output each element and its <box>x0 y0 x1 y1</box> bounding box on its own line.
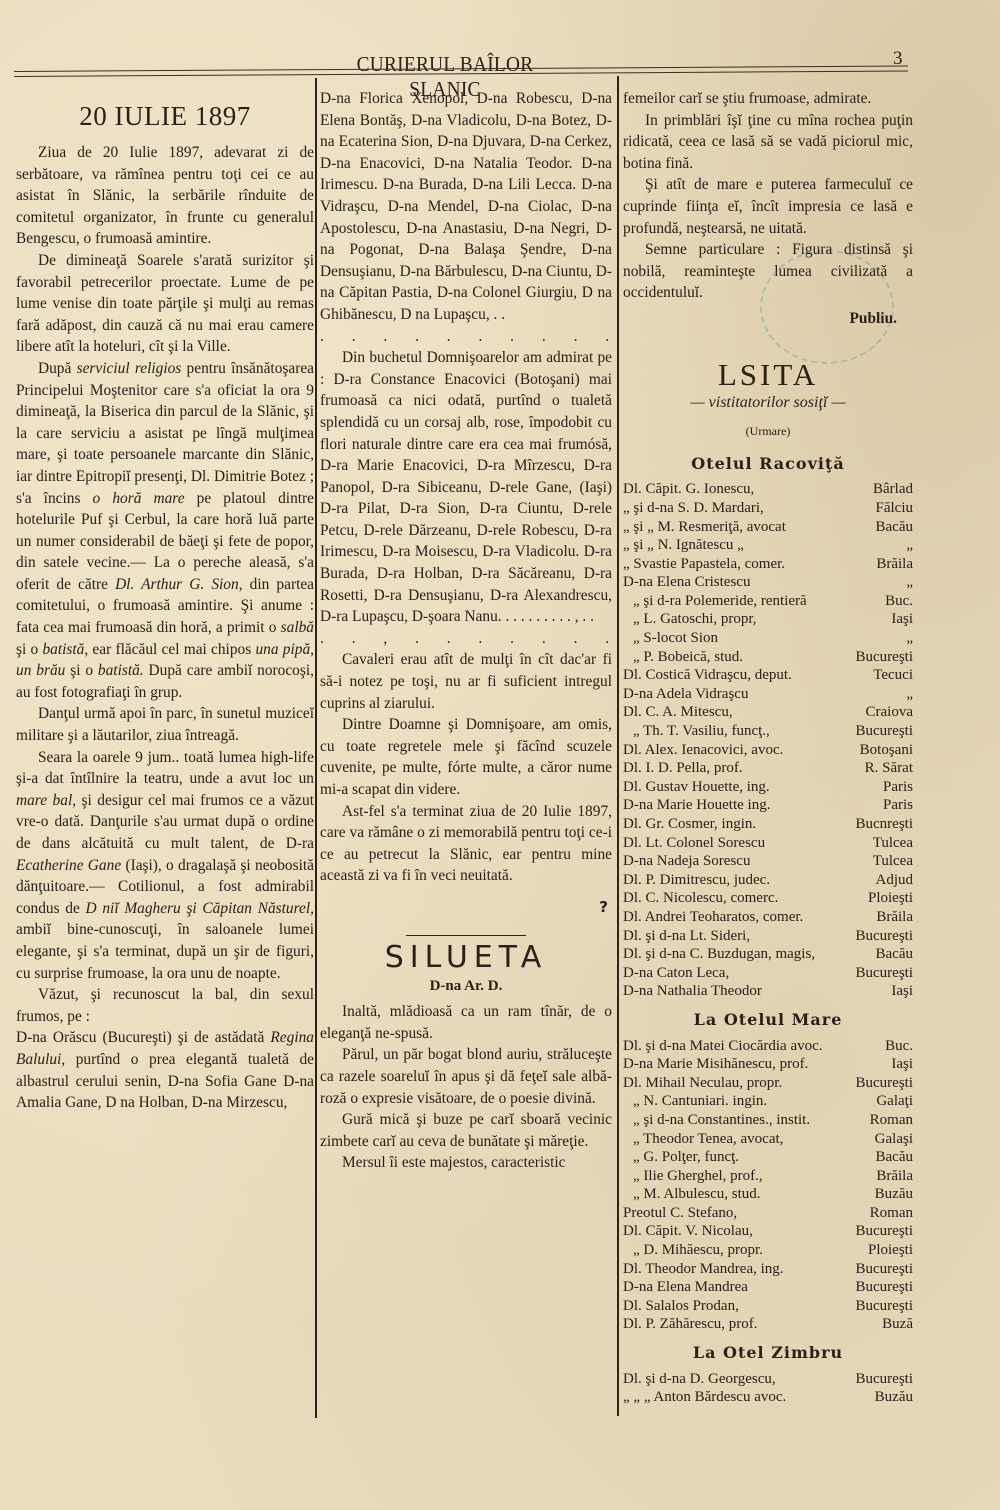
section-heading: SILUETA <box>320 940 612 976</box>
guest-row: „ şi „ M. Resmeriţă, avocatBacău <box>623 518 913 537</box>
guest-row: Dl. Gustav Houette, ing.Paris <box>623 778 913 797</box>
guest-name: „ şi d-ra Polemeride, rentieră <box>623 592 807 611</box>
paragraph: Mersul îi este majestos, caracteristic <box>320 1152 612 1174</box>
paragraph: Ast-fel s'a terminat ziua de 20 Iulie 18… <box>320 801 612 887</box>
guest-name: Dl. C. A. Mitescu, <box>623 703 733 722</box>
guest-city: Fălciu <box>870 499 914 518</box>
guest-name: D-na Marie Misihănescu, prof. <box>623 1055 808 1074</box>
guest-name: Dl. Lt. Colonel Sorescu <box>623 834 765 853</box>
paragraph: Văzut, şi recunoscut la bal, din sexul f… <box>16 984 314 1027</box>
guest-city: Bucnreşti <box>850 815 914 834</box>
guest-name: „ N. Cantuniari. ingin. <box>623 1092 767 1111</box>
guest-city: Brăila <box>870 908 913 927</box>
guest-city: Tulcea <box>867 852 913 871</box>
paragraph: D-na Orăscu (Bucureşti) şi de astădată R… <box>16 1027 314 1113</box>
guest-name: „ Ilie Gherghel, prof., <box>623 1167 763 1186</box>
guest-city: Bacău <box>870 945 913 964</box>
guest-row: Dl. Salalos Prodan,Bucureşti <box>623 1297 913 1316</box>
guest-name: Dl. P. Zăhărescu, prof. <box>623 1315 758 1334</box>
guest-name: „ şi „ M. Resmeriţă, avocat <box>623 518 786 537</box>
guest-row: „ şi d-ra Polemeride, rentierăBuc. <box>623 592 913 611</box>
guest-row: „ S-locot Sion„ <box>623 629 913 648</box>
guest-row: D-na Nathalia TheodorIaşi <box>623 982 913 1001</box>
guest-name: D-na Elena Cristescu <box>623 573 750 592</box>
guest-city: Bucureşti <box>850 927 914 946</box>
guest-city: Bucureşti <box>850 648 914 667</box>
column-divider <box>617 76 619 1416</box>
guest-row: Dl. Theodor Mandrea, ing.Bucureşti <box>623 1260 913 1279</box>
column-2: D-na Florica Xenopol, D-na Robescu, D-na… <box>320 88 612 1174</box>
guest-row: D-na Elena MandreaBucureşti <box>623 1278 913 1297</box>
guest-row: „ M. Albulescu, stud.Buzău <box>623 1185 913 1204</box>
guest-name: „ S-locot Sion <box>623 629 718 648</box>
guest-name: Dl. Căpit. G. Ionescu, <box>623 480 754 499</box>
guest-city: Adjud <box>870 871 914 890</box>
paragraph: femeilor carĭ se ştiu frumoase, admirate… <box>623 88 913 110</box>
guest-city: Tecuci <box>867 666 913 685</box>
guest-name: „ Th. T. Vasiliu, funcţ., <box>623 722 770 741</box>
column-divider <box>315 78 317 1418</box>
guest-city: Iaşi <box>885 610 913 629</box>
guest-city: Tulcea <box>867 834 913 853</box>
guest-name: Dl. C. Nicolescu, comerc. <box>623 889 778 908</box>
guest-name: D-na Nathalia Theodor <box>623 982 762 1001</box>
guest-city: Ploieşti <box>862 1241 913 1260</box>
guest-row: „ Ilie Gherghel, prof.,Brăila <box>623 1167 913 1186</box>
hotel-heading: Otelul Racoviţă <box>623 453 913 475</box>
guest-list: Otelul RacoviţăDl. Căpit. G. Ionescu,Bâr… <box>623 453 913 1407</box>
paragraph: Danţul urmă apoi în parc, în sunetul muz… <box>16 703 314 746</box>
ellipsis-row: . . , . . . . . . . . . . . <box>320 628 612 650</box>
guest-name: „ şi „ N. Ignătescu „ <box>623 536 744 555</box>
guest-row: „ şi d-na S. D. Mardari,Fălciu <box>623 499 913 518</box>
guest-city: Iaşi <box>885 982 913 1001</box>
paragraph: Gură mică şi buze pe carĭ sboară vecinic… <box>320 1109 612 1152</box>
paragraph: D-na Florica Xenopol, D-na Robescu, D-na… <box>320 88 612 326</box>
guest-row: Dl. Andrei Teoharatos, comer.Brăila <box>623 908 913 927</box>
guest-name: „ L. Gatoschi, propr, <box>623 610 757 629</box>
guest-row: Dl. Costică Vidraşcu, deput.Tecuci <box>623 666 913 685</box>
guest-name: „ M. Albulescu, stud. <box>623 1185 761 1204</box>
guest-city: Roman <box>864 1204 913 1223</box>
guest-row: Dl. Alex. Ienacovici, avoc.Botoşani <box>623 741 913 760</box>
guest-city: Paris <box>877 796 913 815</box>
guest-city: Galaşi <box>869 1130 913 1149</box>
guest-row: „ şi „ N. Ignătescu „„ <box>623 536 913 555</box>
guest-row: „ G. Polţer, funcţ.Bacău <box>623 1148 913 1167</box>
guest-row: Preotul C. Stefano,Roman <box>623 1204 913 1223</box>
guest-name: Dl. şi d-na Matei Ciocărdia avoc. <box>623 1037 823 1056</box>
guest-name: Dl. Gustav Houette, ing. <box>623 778 770 797</box>
guest-row: Dl. Gr. Cosmer, ingin.Bucnreşti <box>623 815 913 834</box>
guest-row: Dl. Căpit. V. Nicolau,Bucureşti <box>623 1222 913 1241</box>
guest-city: Bucureşti <box>850 1297 914 1316</box>
guest-row: Dl. I. D. Pella, prof.R. Sărat <box>623 759 913 778</box>
guest-name: Preotul C. Stefano, <box>623 1204 737 1223</box>
guest-city: Botoşani <box>854 741 913 760</box>
guest-row: D-na Adela Vidraşcu„ <box>623 685 913 704</box>
hotel-heading: La Otelul Mare <box>623 1009 913 1031</box>
guest-row: Dl. P. Dimitrescu, judec.Adjud <box>623 871 913 890</box>
guest-row: Dl. Mihail Neculau, propr.Bucureşti <box>623 1074 913 1093</box>
section-heading: LSITA <box>623 358 913 392</box>
section-rule <box>406 935 526 936</box>
paragraph: De dimineaţă Soarele s'arată surizitor ş… <box>16 250 314 358</box>
hotel-heading: La Otel Zimbru <box>623 1342 913 1364</box>
guest-name: „ Svastie Papastela, comer. <box>623 555 785 574</box>
guest-name: Dl. P. Dimitrescu, judec. <box>623 871 770 890</box>
column-3: femeilor carĭ se ştiu frumoase, admirate… <box>623 88 913 1407</box>
guest-name: Dl. Costică Vidraşcu, deput. <box>623 666 792 685</box>
paragraph: După serviciul religios pentru însănătoş… <box>16 358 314 704</box>
guest-city: „ <box>900 536 913 555</box>
guest-row: „ D. Mihăescu, propr.Ploieşti <box>623 1241 913 1260</box>
guest-name: „ D. Mihăescu, propr. <box>623 1241 763 1260</box>
guest-city: Bucureşti <box>850 964 914 983</box>
ellipsis-row: . . . . . . . . . . . . . . <box>320 326 612 348</box>
guest-city: „ <box>900 685 913 704</box>
guest-name: Dl. şi d-na Lt. Sideri, <box>623 927 750 946</box>
paragraph: In primblări îşĭ ţine cu mîna rochea puţ… <box>623 110 913 175</box>
guest-city: Bucureşti <box>850 1222 914 1241</box>
guest-name: „ şi d-na Constantines., instit. <box>623 1111 810 1130</box>
guest-name: Dl. I. D. Pella, prof. <box>623 759 743 778</box>
signature: Publiu. <box>623 308 913 330</box>
guest-name: D-na Nadeja Sorescu <box>623 852 750 871</box>
paragraph: Inaltă, mlădioasă ca un ram tînăr, de o … <box>320 1001 612 1044</box>
guest-row: „ Theodor Tenea, avocat,Galaşi <box>623 1130 913 1149</box>
guest-city: Bucureşti <box>850 1370 914 1389</box>
guest-name: „ G. Polţer, funcţ. <box>623 1148 739 1167</box>
guest-city: Bucureşti <box>850 1278 914 1297</box>
guest-name: „ P. Bobeică, stud. <box>623 648 743 667</box>
guest-city: Iaşi <box>885 1055 913 1074</box>
guest-name: Dl. Theodor Mandrea, ing. <box>623 1260 784 1279</box>
guest-city: Bucureşti <box>850 1074 914 1093</box>
guest-row: „ „ „ Anton Bărdescu avoc.Buzău <box>623 1388 913 1407</box>
guest-city: Buzău <box>869 1388 913 1407</box>
guest-name: D-na Marie Houette ing. <box>623 796 770 815</box>
guest-city: „ <box>900 573 913 592</box>
guest-city: Buză <box>876 1315 913 1334</box>
guest-city: Bacău <box>870 518 913 537</box>
guest-city: Bârlad <box>867 480 913 499</box>
signature: ? <box>320 897 612 919</box>
section-subheading: D-na Ar. D. <box>320 976 612 998</box>
paragraph: Seara la oarele 9 jum.. toată lumea high… <box>16 747 314 985</box>
guest-city: Buc. <box>879 592 913 611</box>
guest-name: Dl. Căpit. V. Nicolau, <box>623 1222 753 1241</box>
guest-row: Dl. şi d-na Lt. Sideri,Bucureşti <box>623 927 913 946</box>
guest-city: R. Sărat <box>859 759 913 778</box>
guest-name: D-na Elena Mandrea <box>623 1278 748 1297</box>
paragraph: Ziua de 20 Iulie 1897, adevarat zi de se… <box>16 142 314 250</box>
guest-row: „ şi d-na Constantines., instit.Roman <box>623 1111 913 1130</box>
guest-city: Craiova <box>860 703 913 722</box>
guest-row: Dl. Căpit. G. Ionescu,Bârlad <box>623 480 913 499</box>
guest-city: Bucureşti <box>850 1260 914 1279</box>
guest-city: Ploieşti <box>862 889 913 908</box>
guest-name: Dl. şi d-na C. Buzdugan, magis, <box>623 945 815 964</box>
paragraph: Cavaleri erau atît de mulţi în cît dac'a… <box>320 649 612 714</box>
guest-name: Dl. Mihail Neculau, propr. <box>623 1074 782 1093</box>
guest-row: „ Svastie Papastela, comer.Brăila <box>623 555 913 574</box>
paragraph: Semne particulare : Figura distinsă şi n… <box>623 239 913 304</box>
guest-row: Dl. Lt. Colonel SorescuTulcea <box>623 834 913 853</box>
guest-name: Dl. Andrei Teoharatos, comer. <box>623 908 803 927</box>
guest-name: „ Theodor Tenea, avocat, <box>623 1130 783 1149</box>
guest-city: Paris <box>877 778 913 797</box>
guest-row: „ P. Bobeică, stud.Bucureşti <box>623 648 913 667</box>
paragraph: Dintre Doamne şi Domnişoare, am omis, cu… <box>320 714 612 800</box>
guest-name: D-na Adela Vidraşcu <box>623 685 748 704</box>
guest-city: „ <box>900 629 913 648</box>
paragraph: Şi atît de mare e puterea farmeculuĭ ce … <box>623 174 913 239</box>
guest-row: „ L. Gatoschi, propr,Iaşi <box>623 610 913 629</box>
guest-row: „ Th. T. Vasiliu, funcţ.,Bucureşti <box>623 722 913 741</box>
guest-city: Galaţi <box>870 1092 913 1111</box>
guest-name: Dl. şi d-na D. Georgescu, <box>623 1370 776 1389</box>
paragraph: Din buchetul Domnişoarelor am admirat pe… <box>320 347 612 628</box>
paragraph: Părul, un păr bogat blond auriu, străluc… <box>320 1044 612 1109</box>
section-subheading: — vistitatorilor sosiţĭ — <box>623 392 913 414</box>
guest-name: Dl. Gr. Cosmer, ingin. <box>623 815 756 834</box>
guest-row: Dl. şi d-na C. Buzdugan, magis,Bacău <box>623 945 913 964</box>
guest-city: Brăila <box>870 1167 913 1186</box>
guest-city: Brăila <box>870 555 913 574</box>
guest-row: D-na Caton Leca,Bucureşti <box>623 964 913 983</box>
continuation-note: (Urmare) <box>623 421 913 443</box>
guest-city: Bacău <box>870 1148 913 1167</box>
guest-row: Dl. C. Nicolescu, comerc.Ploieşti <box>623 889 913 908</box>
article-heading: 20 IULIE 1897 <box>16 100 314 132</box>
guest-name: Dl. Alex. Ienacovici, avoc. <box>623 741 783 760</box>
guest-name: Dl. Salalos Prodan, <box>623 1297 739 1316</box>
guest-row: Dl. şi d-na D. Georgescu,Bucureşti <box>623 1370 913 1389</box>
guest-city: Bucureşti <box>850 722 914 741</box>
guest-row: Dl. C. A. Mitescu,Craiova <box>623 703 913 722</box>
guest-city: Roman <box>864 1111 913 1130</box>
guest-row: „ N. Cantuniari. ingin.Galaţi <box>623 1092 913 1111</box>
guest-row: Dl. P. Zăhărescu, prof.Buză <box>623 1315 913 1334</box>
guest-row: D-na Nadeja SorescuTulcea <box>623 852 913 871</box>
guest-row: Dl. şi d-na Matei Ciocărdia avoc.Buc. <box>623 1037 913 1056</box>
guest-name: „ „ „ Anton Bărdescu avoc. <box>623 1388 786 1407</box>
guest-city: Buc. <box>879 1037 913 1056</box>
column-1: 20 IULIE 1897 Ziua de 20 Iulie 1897, ade… <box>16 88 314 1114</box>
guest-name: D-na Caton Leca, <box>623 964 729 983</box>
guest-city: Buzău <box>869 1185 913 1204</box>
guest-row: D-na Marie Houette ing.Paris <box>623 796 913 815</box>
guest-row: D-na Elena Cristescu„ <box>623 573 913 592</box>
guest-name: „ şi d-na S. D. Mardari, <box>623 499 764 518</box>
guest-row: D-na Marie Misihănescu, prof.Iaşi <box>623 1055 913 1074</box>
